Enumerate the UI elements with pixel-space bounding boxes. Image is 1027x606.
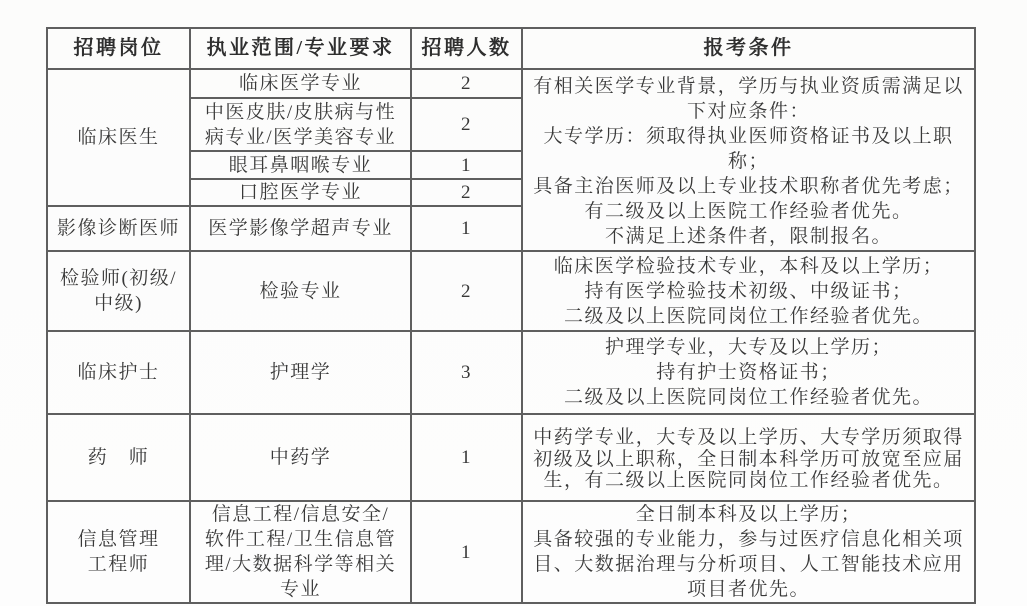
cell-major: 中医皮肤/皮肤病与性 病专业/医学美容专业 [190, 98, 411, 151]
cell-conditions-pharmacist: 中药学专业，大专及以上学历、大专学历须取得 初级及以上职称，全日制本科学历可放宽… [522, 414, 975, 501]
table-row: 药 师 中药学 1 中药学专业，大专及以上学历、大专学历须取得 初级及以上职称，… [47, 414, 975, 501]
column-header-position: 招聘岗位 [47, 28, 190, 69]
column-header-scope: 执业范围/专业要求 [190, 28, 411, 69]
cell-major: 护理学 [190, 331, 411, 414]
cell-position-imaging-diagnostician: 影像诊断医师 [47, 206, 190, 251]
cell-major: 眼耳鼻咽喉专业 [190, 151, 411, 179]
cell-major: 检验专业 [190, 251, 411, 331]
cell-count: 1 [411, 414, 522, 501]
column-header-count: 招聘人数 [411, 28, 522, 69]
cell-position-clinical-nurse: 临床护士 [47, 331, 190, 414]
cell-major: 中药学 [190, 414, 411, 501]
cell-conditions-nurse: 护理学专业，大专及以上学历； 持有护士资格证书； 二级及以上医院同岗位工作经验者… [522, 331, 975, 414]
table-row: 临床医生 临床医学专业 2 有相关医学专业背景，学历与执业资质需满足以 下对应条… [47, 69, 975, 98]
cell-position-clinical-doctor: 临床医生 [47, 69, 190, 206]
cell-count: 2 [411, 69, 522, 98]
cell-conditions-lab: 临床医学检验技术专业，本科及以上学历； 持有医学检验技术初级、中级证书； 二级及… [522, 251, 975, 331]
cell-count: 2 [411, 98, 522, 151]
cell-major: 口腔医学专业 [190, 179, 411, 206]
cell-count: 1 [411, 206, 522, 251]
cell-count: 2 [411, 251, 522, 331]
table-header-row: 招聘岗位 执业范围/专业要求 招聘人数 报考条件 [47, 28, 975, 69]
scanned-document-page: 招聘岗位 执业范围/专业要求 招聘人数 报考条件 临床医生 临床医学专业 2 有… [0, 0, 1027, 606]
cell-position-lab-technician: 检验师(初级/ 中级) [47, 251, 190, 331]
cell-major: 信息工程/信息安全/ 软件工程/卫生信息管 理/大数据科学等相关 专业 [190, 501, 411, 603]
column-header-conditions: 报考条件 [522, 28, 975, 69]
cell-conditions-it: 全日制本科及以上学历； 具备较强的专业能力，参与过医疗信息化相关项 目、大数据治… [522, 501, 975, 603]
cell-major: 医学影像学超声专业 [190, 206, 411, 251]
cell-major: 临床医学专业 [190, 69, 411, 98]
cell-count: 3 [411, 331, 522, 414]
table-row: 信息管理 工程师 信息工程/信息安全/ 软件工程/卫生信息管 理/大数据科学等相… [47, 501, 975, 603]
cell-count: 1 [411, 501, 522, 603]
cell-count: 2 [411, 179, 522, 206]
recruitment-table: 招聘岗位 执业范围/专业要求 招聘人数 报考条件 临床医生 临床医学专业 2 有… [46, 27, 976, 604]
cell-conditions-medical: 有相关医学专业背景，学历与执业资质需满足以 下对应条件： 大专学历：须取得执业医… [522, 69, 975, 251]
cell-count: 1 [411, 151, 522, 179]
cell-position-pharmacist: 药 师 [47, 414, 190, 501]
table-row: 临床护士 护理学 3 护理学专业，大专及以上学历； 持有护士资格证书； 二级及以… [47, 331, 975, 414]
table-row: 检验师(初级/ 中级) 检验专业 2 临床医学检验技术专业，本科及以上学历； 持… [47, 251, 975, 331]
cell-position-it-engineer: 信息管理 工程师 [47, 501, 190, 603]
